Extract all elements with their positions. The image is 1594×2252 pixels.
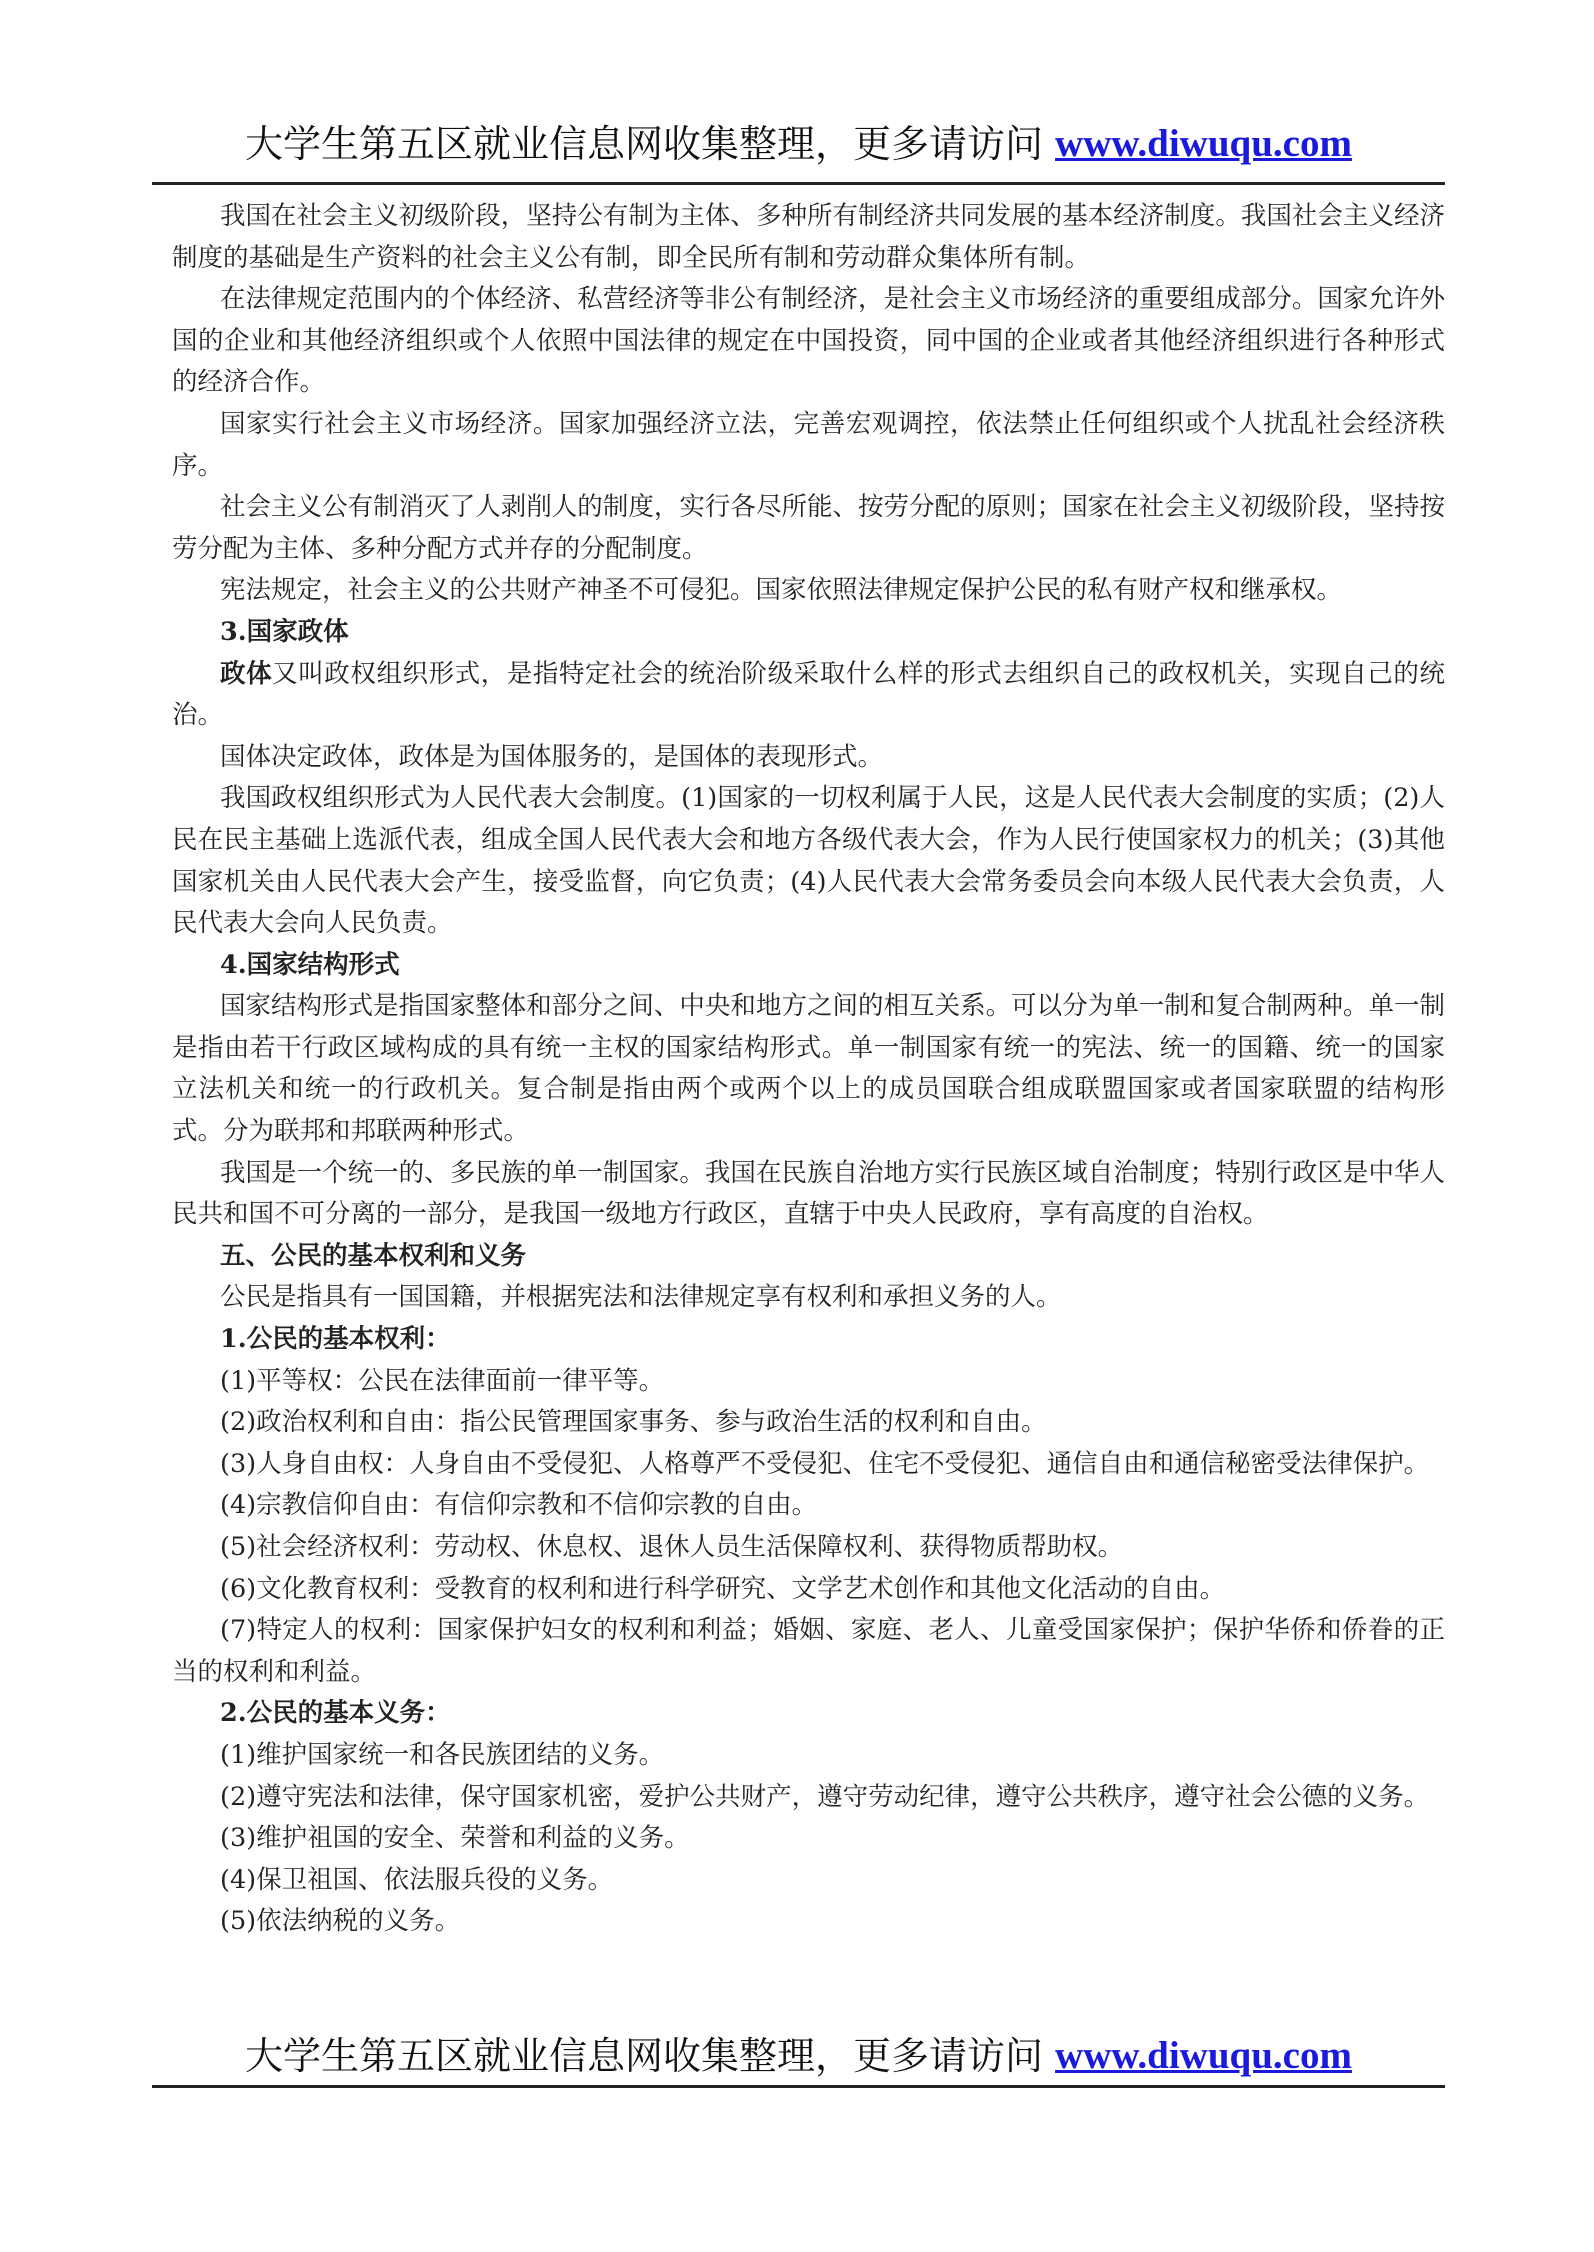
- paragraph: 国家结构形式是指国家整体和部分之间、中央和地方之间的相互关系。可以分为单一制和复…: [172, 986, 1445, 1152]
- section-heading: 4.国家结构形式: [172, 945, 1445, 987]
- list-item: (7)特定人的权利：国家保护妇女的权利和利益；婚姻、家庭、老人、儿童受国家保护；…: [172, 1610, 1445, 1693]
- paragraph: 我国政权组织形式为人民代表大会制度。(1)国家的一切权利属于人民，这是人民代表大…: [172, 778, 1445, 944]
- paragraph: 宪法规定，社会主义的公共财产神圣不可侵犯。国家依照法律规定保护公民的私有财产权和…: [172, 570, 1445, 612]
- list-item: (2)遵守宪法和法律，保守国家机密，爱护公共财产，遵守劳动纪律，遵守公共秩序，遵…: [172, 1777, 1445, 1819]
- duties-heading: 2.公民的基本义务：: [172, 1693, 1445, 1735]
- paragraph: 国家实行社会主义市场经济。国家加强经济立法，完善宏观调控，依法禁止任何组织或个人…: [172, 404, 1445, 487]
- page-footer: 大学生第五区就业信息网收集整理，更多请访问 www.diwuqu.com: [152, 2029, 1445, 2079]
- list-item: (3)人身自由权：人身自由不受侵犯、人格尊严不受侵犯、住宅不受侵犯、通信自由和通…: [172, 1444, 1445, 1486]
- paragraph: 政体又叫政权组织形式，是指特定社会的统治阶级采取什么样的形式去组织自己的政权机关…: [172, 654, 1445, 737]
- term-bold: 政体: [220, 659, 272, 689]
- page-header: 大学生第五区就业信息网收集整理，更多请访问 www.diwuqu.com: [152, 117, 1445, 167]
- header-link[interactable]: www.diwuqu.com: [1055, 121, 1352, 167]
- section-heading: 3.国家政体: [172, 612, 1445, 654]
- paragraph: 在法律规定范围内的个体经济、私营经济等非公有制经济，是社会主义市场经济的重要组成…: [172, 279, 1445, 404]
- paragraph: 我国在社会主义初级阶段，坚持公有制为主体、多种所有制经济共同发展的基本经济制度。…: [172, 196, 1445, 279]
- rights-heading: 1.公民的基本权利：: [172, 1319, 1445, 1361]
- paragraph-text: 又叫政权组织形式，是指特定社会的统治阶级采取什么样的形式去组织自己的政权机关，实…: [172, 659, 1445, 731]
- header-rule: [152, 182, 1445, 185]
- footer-link[interactable]: www.diwuqu.com: [1055, 2033, 1352, 2079]
- footer-text: 大学生第五区就业信息网收集整理，更多请访问: [245, 2033, 1043, 2079]
- list-item: (4)保卫祖国、依法服兵役的义务。: [172, 1860, 1445, 1902]
- list-item: (6)文化教育权利：受教育的权利和进行科学研究、文学艺术创作和其他文化活动的自由…: [172, 1569, 1445, 1611]
- list-item: (2)政治权利和自由：指公民管理国家事务、参与政治生活的权利和自由。: [172, 1402, 1445, 1444]
- footer-rule: [152, 2085, 1445, 2088]
- list-item: (4)宗教信仰自由：有信仰宗教和不信仰宗教的自由。: [172, 1485, 1445, 1527]
- paragraph: 社会主义公有制消灭了人剥削人的制度，实行各尽所能、按劳分配的原则；国家在社会主义…: [172, 487, 1445, 570]
- list-item: (1)维护国家统一和各民族团结的义务。: [172, 1735, 1445, 1777]
- paragraph: 国体决定政体，政体是为国体服务的，是国体的表现形式。: [172, 737, 1445, 779]
- paragraph: 我国是一个统一的、多民族的单一制国家。我国在民族自治地方实行民族区域自治制度；特…: [172, 1153, 1445, 1236]
- list-item: (3)维护祖国的安全、荣誉和利益的义务。: [172, 1818, 1445, 1860]
- list-item: (1)平等权：公民在法律面前一律平等。: [172, 1361, 1445, 1403]
- chapter-heading: 五、公民的基本权利和义务: [172, 1236, 1445, 1278]
- document-body: 我国在社会主义初级阶段，坚持公有制为主体、多种所有制经济共同发展的基本经济制度。…: [172, 196, 1445, 1943]
- header-text: 大学生第五区就业信息网收集整理，更多请访问: [245, 121, 1043, 167]
- paragraph: 公民是指具有一国国籍，并根据宪法和法律规定享有权利和承担义务的人。: [172, 1277, 1445, 1319]
- list-item: (5)社会经济权利：劳动权、休息权、退休人员生活保障权利、获得物质帮助权。: [172, 1527, 1445, 1569]
- list-item: (5)依法纳税的义务。: [172, 1901, 1445, 1943]
